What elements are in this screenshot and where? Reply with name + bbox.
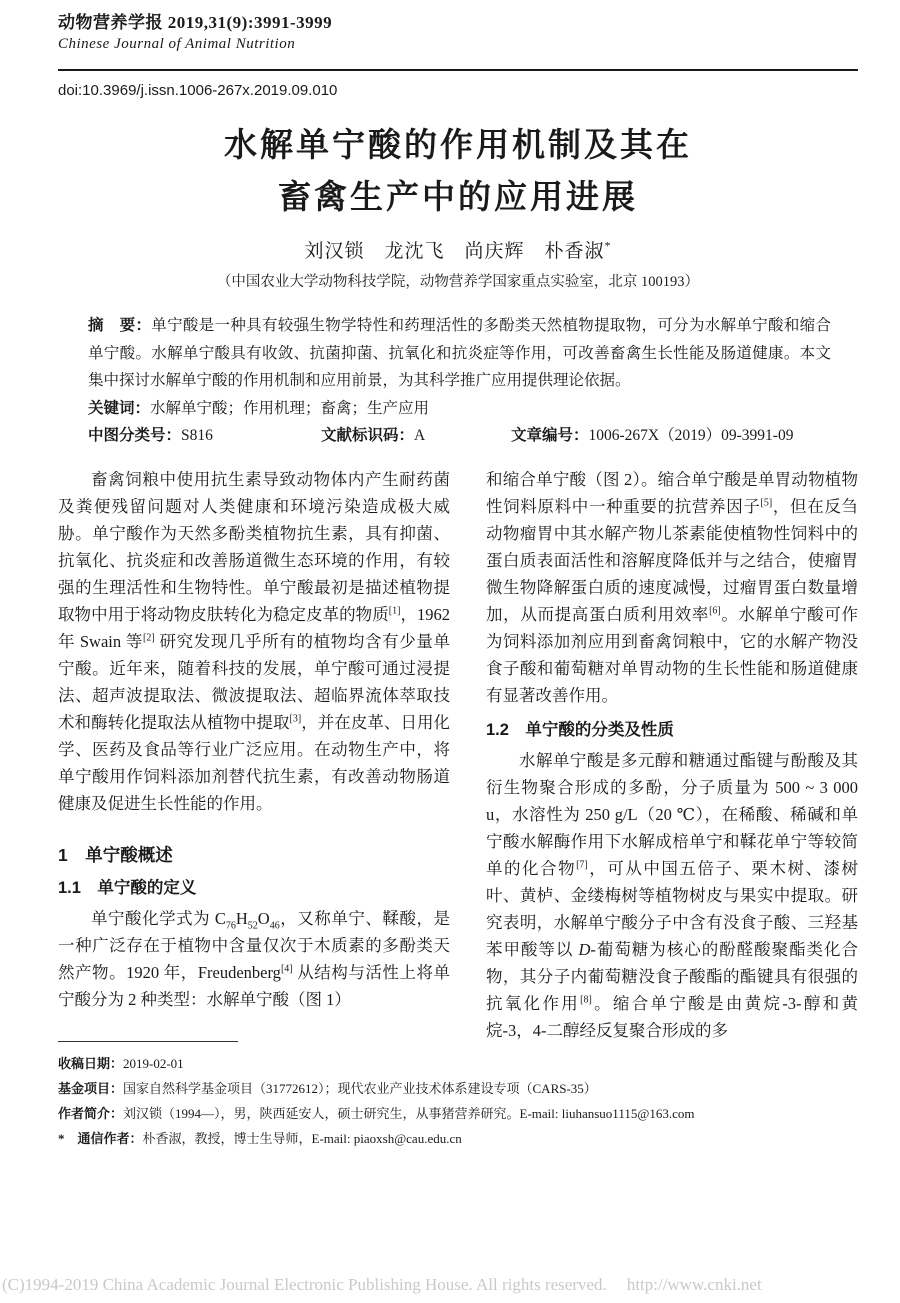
cnki-copyright-bar: (C)1994-2019 China Academic Journal Elec… xyxy=(2,1275,898,1295)
corresponding-author-mark: * xyxy=(605,239,612,253)
keywords-text: 水解单宁酸；作用机理；畜禽；生产应用 xyxy=(150,400,429,417)
definition-paragraph-left: 单宁酸化学式为 C76H52O46，又称单宁、鞣酸，是一种广泛存在于植物中含量仅… xyxy=(58,905,450,1013)
footnote-text: 刘汉锁（1994—），男，陕西延安人，硕士研究生，从事猪营养研究。E-mail:… xyxy=(123,1106,694,1121)
keywords-label: 关键词： xyxy=(88,400,150,417)
abstract-block: 摘 要：单宁酸是一种具有较强生物学特性和药理活性的多酚类天然植物提取物，可分为水… xyxy=(88,312,831,450)
footnote-label: 收稿日期： xyxy=(58,1056,123,1071)
doc-code-value: A xyxy=(414,427,425,444)
footnote-corresponding-author: * 通信作者：朴香淑，教授，博士生导师，E-mail: piaoxsh@cau.… xyxy=(58,1126,858,1151)
doi-line: doi:10.3969/j.issn.1006-267x.2019.09.010 xyxy=(58,82,858,99)
author-names: 刘汉锁 龙沈飞 尚庆辉 朴香淑 xyxy=(304,241,604,262)
journal-title-en: Chinese Journal of Animal Nutrition xyxy=(58,36,858,53)
abstract-text: 单宁酸是一种具有较强生物学特性和药理活性的多酚类天然植物提取物，可分为水解单宁酸… xyxy=(88,317,831,389)
footnote-author-bio: 作者简介：刘汉锁（1994—），男，陕西延安人，硕士研究生，从事猪营养研究。E-… xyxy=(58,1101,858,1126)
footnote-text: 2019-02-01 xyxy=(123,1056,184,1071)
body-right-column: 和缩合单宁酸（图 2）。缩合单宁酸是单胃动物植物性饲料原料中一种重要的抗营养因子… xyxy=(486,466,858,1041)
section-heading-1: 1 单宁酸概述 xyxy=(58,842,450,867)
authors-line: 刘汉锁 龙沈飞 尚庆辉 朴香淑* xyxy=(58,236,858,263)
header-divider xyxy=(58,69,858,71)
journal-title-cn: 动物营养学报 2019,31(9):3991-3999 xyxy=(58,8,858,33)
article-title-line1: 水解单宁酸的作用机制及其在 xyxy=(58,119,858,171)
article-id-item: 文章编号：1006-267X（2019）09-3991-09 xyxy=(511,422,793,450)
keywords-line: 关键词：水解单宁酸；作用机理；畜禽；生产应用 xyxy=(88,395,831,423)
page-content: 动物营养学报 2019,31(9):3991-3999 Chinese Jour… xyxy=(0,0,900,1151)
paper-page: 动物营养学报 2019,31(9):3991-3999 Chinese Jour… xyxy=(0,0,900,1303)
footnote-text: 朴香淑，教授，博士生导师，E-mail: piaoxsh@cau.edu.cn xyxy=(143,1131,462,1146)
article-id-label: 文章编号： xyxy=(511,427,589,444)
article-title-line2: 畜禽生产中的应用进展 xyxy=(58,171,858,223)
body-left-column: 畜禽饲粮中使用抗生素导致动物体内产生耐药菌及粪便残留问题对人类健康和环境污染造成… xyxy=(58,466,450,1041)
affiliation-line: （中国农业大学动物科技学院，动物营养学国家重点实验室，北京 100193） xyxy=(58,270,858,291)
classification-paragraph: 水解单宁酸是多元醇和糖通过酯键与酚酸及其衍生物聚合形成的多酚，分子质量为 500… xyxy=(486,747,858,1041)
intro-paragraph: 畜禽饲粮中使用抗生素导致动物体内产生耐药菌及粪便残留问题对人类健康和环境污染造成… xyxy=(58,466,450,817)
clc-value: S816 xyxy=(181,427,213,444)
copyright-text: (C)1994-2019 China Academic Journal Elec… xyxy=(2,1275,607,1294)
doc-code-item: 文献标识码：A xyxy=(321,422,511,450)
doc-code-label: 文献标识码： xyxy=(321,427,414,444)
footnote-label: 作者简介： xyxy=(58,1106,123,1121)
body-columns: 畜禽饲粮中使用抗生素导致动物体内产生耐药菌及粪便残留问题对人类健康和环境污染造成… xyxy=(58,466,858,1041)
clc-label: 中图分类号： xyxy=(88,427,181,444)
classification-line: 中图分类号：S816 文献标识码：A 文章编号：1006-267X（2019）0… xyxy=(88,422,831,450)
copyright-url: http://www.cnki.net xyxy=(627,1275,762,1294)
definition-paragraph-right: 和缩合单宁酸（图 2）。缩合单宁酸是单胃动物植物性饲料原料中一种重要的抗营养因子… xyxy=(486,466,858,709)
footnote-received-date: 收稿日期：2019-02-01 xyxy=(58,1051,858,1076)
footnote-text: 国家自然科学基金项目（31772612）；现代农业产业技术体系建设专项（CARS… xyxy=(123,1081,597,1096)
footnote-divider xyxy=(58,1041,238,1042)
abstract-paragraph: 摘 要：单宁酸是一种具有较强生物学特性和药理活性的多酚类天然植物提取物，可分为水… xyxy=(88,312,831,395)
footnote-label: * 通信作者： xyxy=(58,1131,143,1146)
clc-item: 中图分类号：S816 xyxy=(88,422,321,450)
footnote-funding: 基金项目：国家自然科学基金项目（31772612）；现代农业产业技术体系建设专项… xyxy=(58,1076,858,1101)
footnotes-block: 收稿日期：2019-02-01 基金项目：国家自然科学基金项目（31772612… xyxy=(58,1051,858,1151)
abstract-label: 摘 要： xyxy=(88,317,151,334)
section-heading-1-2: 1.2 单宁酸的分类及性质 xyxy=(486,716,858,740)
article-id-value: 1006-267X（2019）09-3991-09 xyxy=(589,427,794,444)
footnote-label: 基金项目： xyxy=(58,1081,123,1096)
section-heading-1-1: 1.1 单宁酸的定义 xyxy=(58,874,450,898)
article-title: 水解单宁酸的作用机制及其在 畜禽生产中的应用进展 xyxy=(58,119,858,223)
